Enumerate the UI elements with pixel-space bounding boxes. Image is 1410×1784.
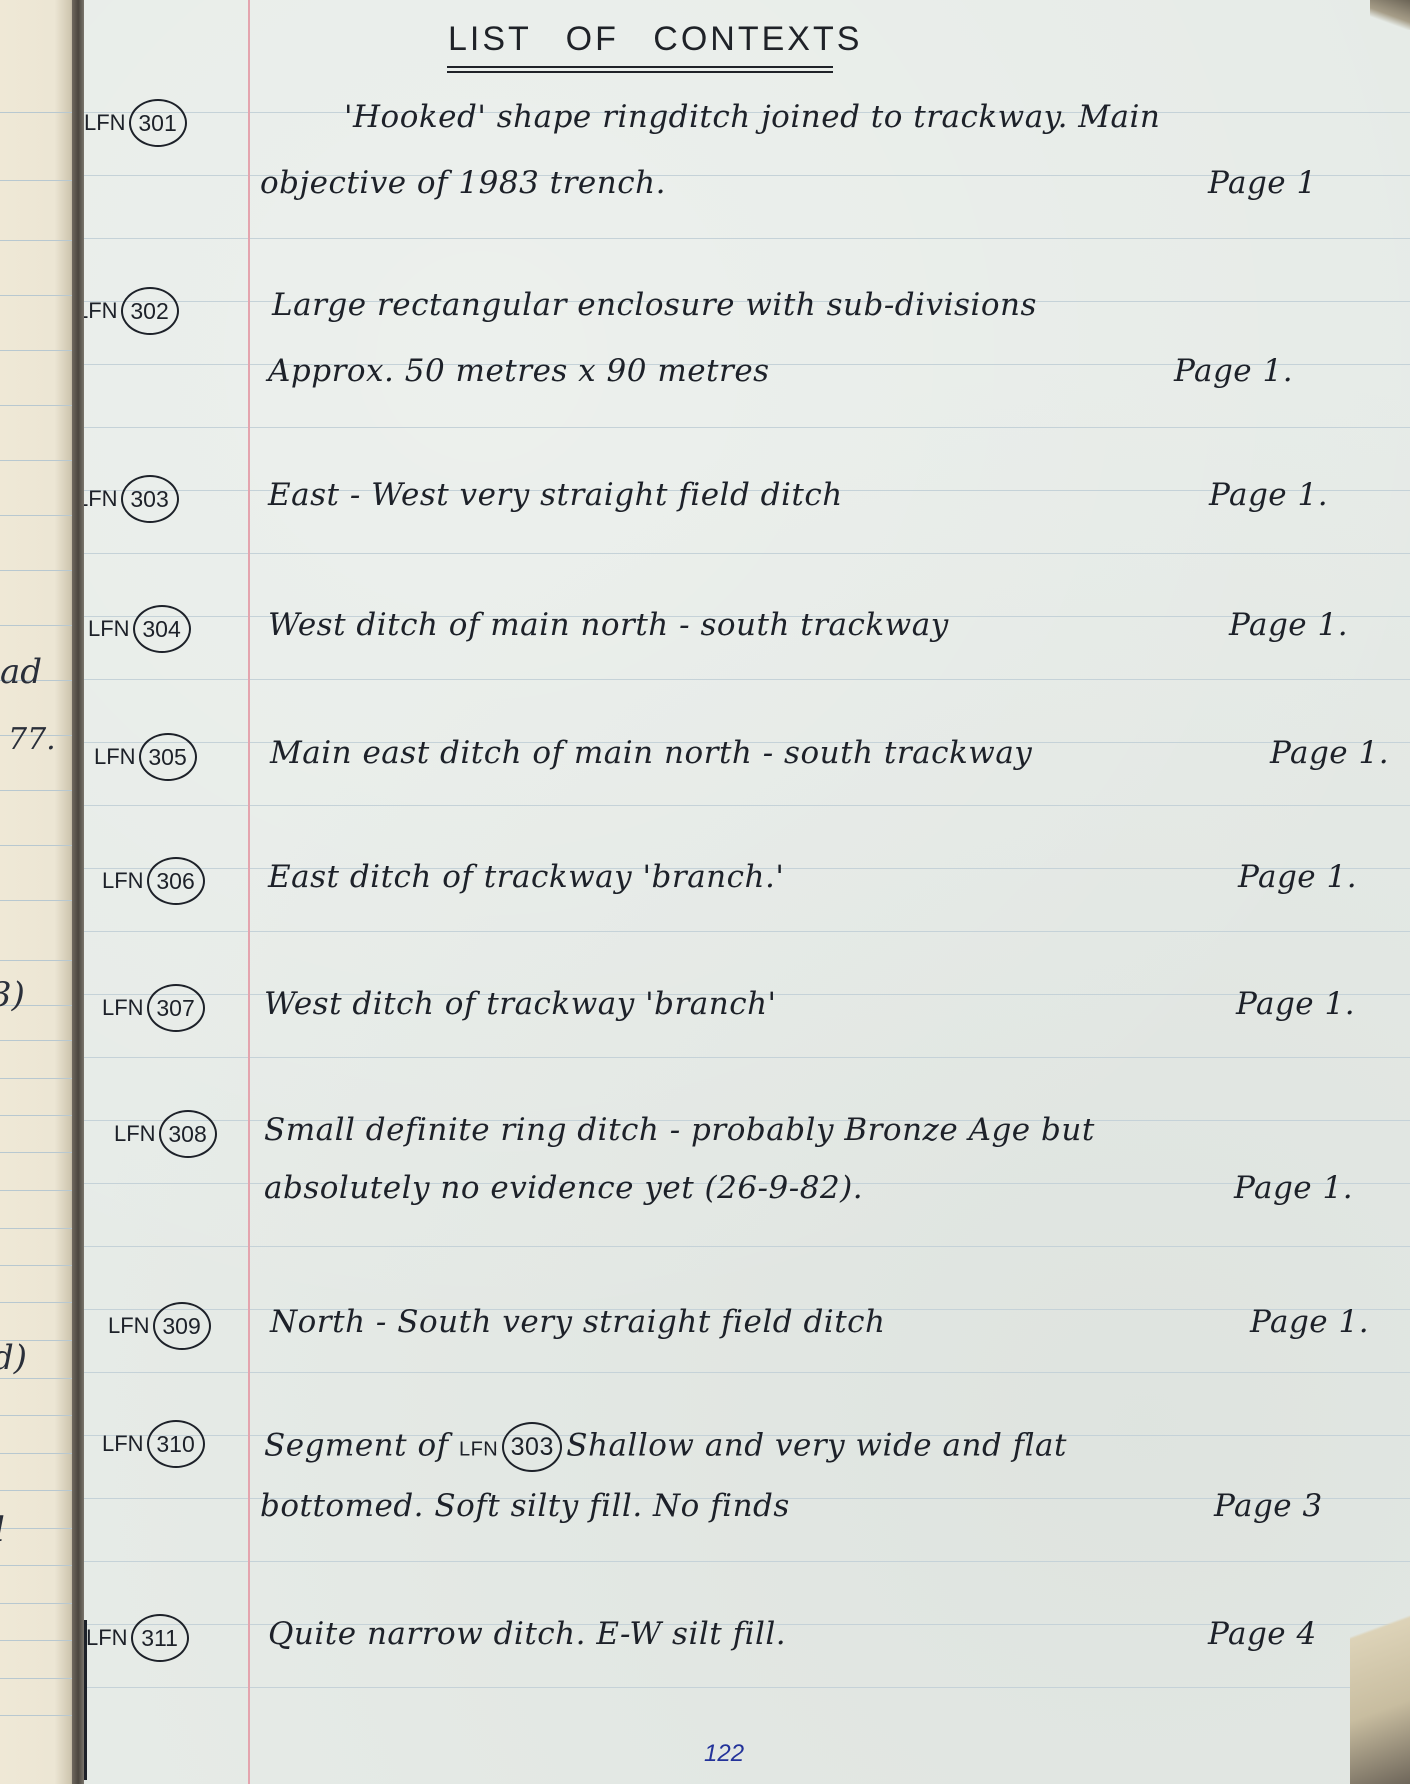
context-description: 'Hooked' shape ringditch joined to track… xyxy=(344,99,1160,135)
context-description: Main east ditch of main north - south tr… xyxy=(270,735,1032,771)
ruling-line xyxy=(0,790,78,791)
context-number-circle: 302 xyxy=(121,287,179,335)
ruling-line xyxy=(0,1265,78,1266)
page-reference: Page 1. xyxy=(1236,986,1355,1022)
context-description: Quite narrow ditch. E-W silt fill. xyxy=(268,1616,786,1652)
ruling-line xyxy=(84,1372,1410,1373)
ruling-line xyxy=(84,427,1410,428)
facing-page-fragment: l xyxy=(0,1510,5,1550)
ruling-line xyxy=(0,960,78,961)
context-description: East ditch of trackway 'branch.' xyxy=(268,859,784,895)
context-description: Large rectangular enclosure with sub-div… xyxy=(272,287,1037,323)
page-number: 122 xyxy=(704,1740,744,1768)
context-code: LFN 308 xyxy=(114,1110,217,1158)
ruling-line xyxy=(84,1246,1410,1247)
segment-text-continued: Shallow and very wide and flat xyxy=(566,1428,1067,1464)
context-description: East - West very straight field ditch xyxy=(268,477,843,513)
context-prefix: LFN xyxy=(88,616,130,642)
page-title: LIST OF CONTEXTS xyxy=(448,20,862,59)
context-code: LFN 302 xyxy=(84,287,179,335)
ruling-line xyxy=(84,679,1410,680)
context-prefix: LFN xyxy=(102,868,144,894)
ruling-line xyxy=(0,1415,78,1416)
page-reference: Page 4 xyxy=(1208,1616,1317,1652)
context-prefix: LFN xyxy=(84,110,126,136)
context-prefix: LFN xyxy=(114,1121,156,1147)
title-underline xyxy=(447,71,833,73)
context-code: LFN 303 xyxy=(84,475,179,523)
ruling-line xyxy=(0,1302,78,1303)
ruling-line xyxy=(0,1603,78,1604)
page-reference: Page 1. xyxy=(1250,1304,1369,1340)
ruling-line xyxy=(0,1528,78,1529)
context-description: North - South very straight field ditch xyxy=(270,1304,886,1340)
ruling-line xyxy=(0,1378,78,1379)
ruling-line xyxy=(0,900,78,901)
ruling-line xyxy=(84,1057,1410,1058)
context-number-circle: 301 xyxy=(129,99,187,147)
ruling-line xyxy=(0,1040,78,1041)
ruling-line xyxy=(84,1687,1410,1688)
facing-page-fragment: 77. xyxy=(8,722,56,757)
title-underline xyxy=(447,66,833,68)
context-number-circle: 308 xyxy=(159,1110,217,1158)
context-description: West ditch of trackway 'branch' xyxy=(264,986,777,1022)
facing-page-fragment: d) xyxy=(0,1338,27,1378)
ruling-line xyxy=(0,112,78,113)
context-prefix: LFN xyxy=(94,744,136,770)
ruling-line xyxy=(0,515,78,516)
page-reference: Page 1. xyxy=(1174,353,1293,389)
ruling-line xyxy=(0,570,78,571)
ruling-line xyxy=(0,180,78,181)
ruling-line xyxy=(0,1640,78,1641)
context-prefix: LFN xyxy=(102,995,144,1021)
context-description: Segment of LFN303Shallow and very wide a… xyxy=(264,1422,1067,1472)
facing-page-edge: ad 77. 3) d) l xyxy=(0,0,78,1784)
context-number-circle: 310 xyxy=(147,1420,205,1468)
context-description: objective of 1983 trench. xyxy=(260,165,666,201)
context-description: absolutely no evidence yet (26-9-82). xyxy=(264,1170,863,1206)
context-number-circle: 307 xyxy=(147,984,205,1032)
context-number-circle: 303 xyxy=(121,475,179,523)
ruling-line xyxy=(84,238,1410,239)
context-description: Small definite ring ditch - probably Bro… xyxy=(264,1112,1095,1148)
context-description: bottomed. Soft silty fill. No finds xyxy=(260,1488,790,1524)
context-code: LFN 309 xyxy=(108,1302,211,1350)
page-reference: Page 1. xyxy=(1238,859,1357,895)
ruling-line xyxy=(0,350,78,351)
ruling-line xyxy=(0,1490,78,1491)
page-corner-wear xyxy=(1370,0,1410,30)
ruling-line xyxy=(84,931,1410,932)
facing-page-fragment: 3) xyxy=(0,975,25,1015)
context-code: LFN 305 xyxy=(94,733,197,781)
context-prefix: LFN xyxy=(86,1625,128,1651)
segment-text: Segment of xyxy=(264,1428,449,1464)
context-code: LFN 301 xyxy=(84,99,187,147)
ruling-line xyxy=(0,295,78,296)
notebook-page: LIST OF CONTEXTS LFN 301 'Hooked' shape … xyxy=(84,0,1410,1784)
ruling-line xyxy=(84,805,1410,806)
cross-reference-circle: 303 xyxy=(502,1422,562,1472)
ruling-line xyxy=(0,1228,78,1229)
ruling-line xyxy=(84,553,1410,554)
context-number-circle: 305 xyxy=(139,733,197,781)
context-code: LFN 304 xyxy=(88,605,191,653)
context-number-circle: 309 xyxy=(153,1302,211,1350)
ruling-line xyxy=(0,240,78,241)
context-prefix: LFN xyxy=(108,1313,150,1339)
ruling-line xyxy=(0,1078,78,1079)
context-description: Approx. 50 metres x 90 metres xyxy=(268,353,770,389)
ruling-line xyxy=(0,1152,78,1153)
ruling-line xyxy=(0,625,78,626)
context-number-circle: 304 xyxy=(133,605,191,653)
ruling-line xyxy=(0,460,78,461)
margin-line xyxy=(248,0,250,1784)
context-prefix: LFN xyxy=(84,486,118,512)
margin-stroke xyxy=(84,1620,87,1780)
page-reference: Page 1 xyxy=(1208,165,1317,201)
cross-reference-prefix: LFN xyxy=(459,1439,498,1461)
context-code: LFN 310 xyxy=(102,1420,205,1468)
page-reference: Page 3 xyxy=(1214,1488,1323,1524)
ruling-line xyxy=(0,845,78,846)
page-reference: Page 1. xyxy=(1229,607,1348,643)
page-reference: Page 1. xyxy=(1270,735,1389,771)
context-prefix: LFN xyxy=(84,298,118,324)
ruling-line xyxy=(0,1190,78,1191)
ruling-line xyxy=(0,1678,78,1679)
context-number-circle: 306 xyxy=(147,857,205,905)
facing-page-fragment: ad xyxy=(0,652,42,692)
context-number-circle: 311 xyxy=(131,1614,189,1662)
ruling-line xyxy=(0,1565,78,1566)
page-reference: Page 1. xyxy=(1234,1170,1353,1206)
ruling-line xyxy=(0,1715,78,1716)
ruling-line xyxy=(0,1453,78,1454)
page-reference: Page 1. xyxy=(1209,477,1328,513)
context-code: LFN 311 xyxy=(86,1614,189,1662)
context-description: West ditch of main north - south trackwa… xyxy=(268,607,949,643)
context-prefix: LFN xyxy=(102,1431,144,1457)
ruling-line xyxy=(0,1115,78,1116)
context-code: LFN 307 xyxy=(102,984,205,1032)
context-code: LFN 306 xyxy=(102,857,205,905)
ruling-line xyxy=(0,405,78,406)
page-corner-fold xyxy=(1350,1524,1410,1784)
ruling-line xyxy=(84,1561,1410,1562)
